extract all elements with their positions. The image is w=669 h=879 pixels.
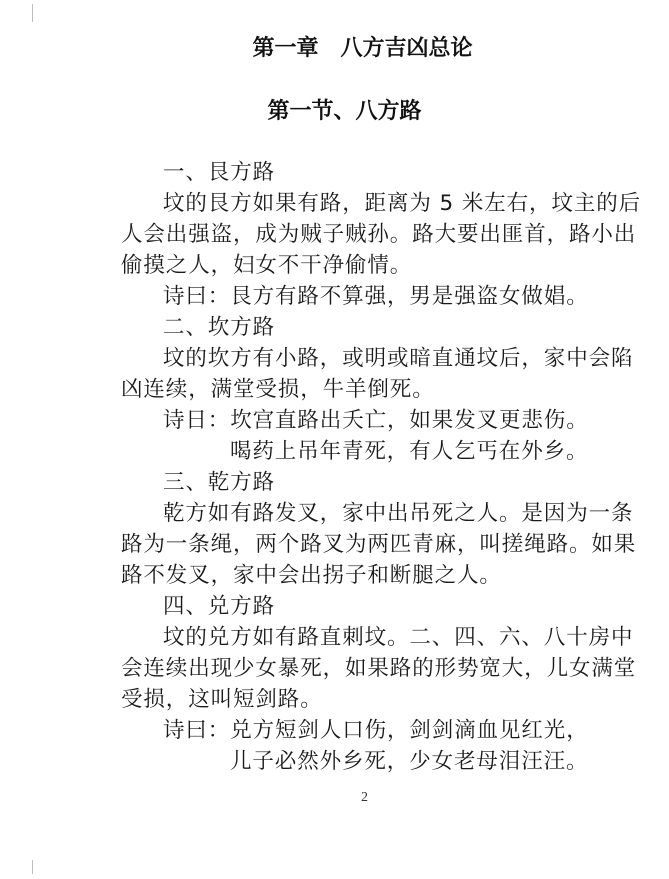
poem-line: 喝药上吊年青死，有人乞丐在外乡。: [230, 436, 588, 467]
page-number: 2: [0, 790, 669, 806]
poem-line: 诗曰：艮方有路不算强，男是强盗女做娼。: [163, 281, 589, 312]
subheading-qian: 三、乾方路: [163, 467, 275, 498]
poem-line: 诗日：坎宫直路出夭亡，如果发叉更悲伤。: [163, 405, 589, 436]
poem-line: 诗曰：兑方短剑人口伤，剑剑滴血见红光，: [163, 715, 589, 746]
scan-margin-mark: [32, 4, 33, 22]
subheading-dui: 四、兑方路: [163, 591, 275, 622]
paragraph-line: 坟的坎方有小路，或明或暗直通坟后，家中会陷: [163, 343, 633, 374]
subheading-gen: 一、艮方路: [163, 157, 275, 188]
section-title: 第一节、八方路: [10, 94, 669, 125]
paragraph-line: 乾方如有路发叉，家中出吊死之人。是因为一条: [163, 498, 633, 529]
paragraph-line: 坟的兑方如有路直刺坟。二、四、六、八十房中: [163, 622, 633, 653]
paragraph-line: 偷摸之人，妇女不干净偷情。: [121, 250, 412, 281]
subheading-kan: 二、坎方路: [163, 312, 275, 343]
poem-line: 儿子必然外乡死，少女老母泪汪汪。: [230, 746, 588, 777]
paragraph-line: 路不发叉，家中会出拐子和断腿之人。: [121, 560, 502, 591]
scan-margin-mark: [32, 860, 33, 874]
paragraph-line: 坟的艮方如果有路，距离为 5 米左右，坟主的后: [163, 188, 641, 219]
chapter-title: 第一章 八方吉凶总论: [28, 31, 669, 62]
paragraph-line: 路为一条绳，两个路叉为两匹青麻，叫搓绳路。如果: [121, 529, 636, 560]
paragraph-line: 人会出强盗，成为贼子贼孙。路大要出匪首，路小出: [121, 219, 636, 250]
paragraph-line: 凶连续，满堂受损，牛羊倒死。: [121, 374, 435, 405]
paragraph-line: 会连续出现少女暴死，如果路的形势宽大，儿女满堂: [121, 653, 636, 684]
paragraph-line: 受损，这叫短剑路。: [121, 684, 323, 715]
